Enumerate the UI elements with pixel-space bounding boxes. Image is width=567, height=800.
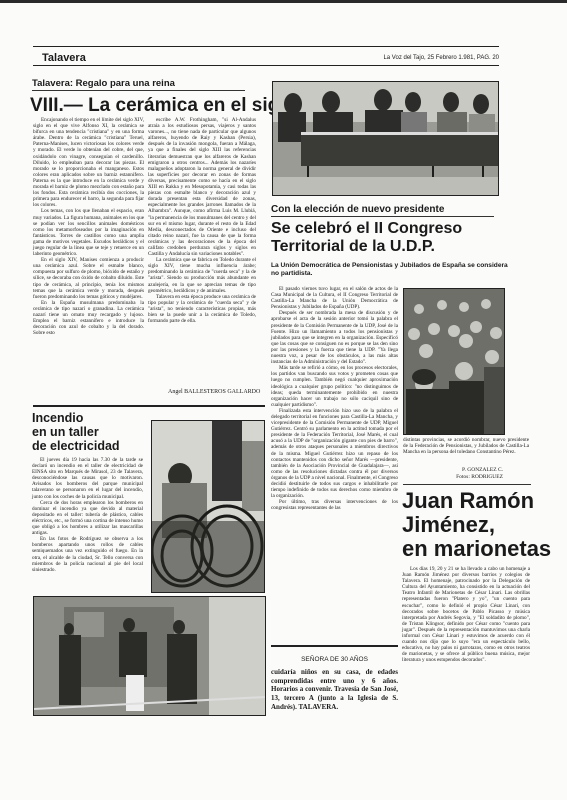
headline-line: Juan Ramón xyxy=(402,489,551,513)
dateline: La Voz del Tajo, 25 Febrero 1.981, PAG. … xyxy=(383,55,499,61)
photo-firemen-cables xyxy=(151,420,265,593)
udp-kicker: Con la elección de nuevo presidente xyxy=(271,204,444,215)
ceramica-col2: escribe A.W. Frothingham, "si Al-Andalus… xyxy=(148,117,256,324)
paragraph: Cerca de dos horas emplearon los bombero… xyxy=(32,500,143,537)
section-divider xyxy=(33,405,265,407)
paragraph: Talavera en esta época produce una cerám… xyxy=(148,294,256,324)
headline-line: en marionetas xyxy=(402,537,551,561)
photo-audience xyxy=(403,288,505,435)
header-rule-top xyxy=(33,46,499,47)
classified-text: cuidaría niños en su casa, de edades com… xyxy=(271,668,398,712)
paragraph: En la España musulmana predominaba la ce… xyxy=(33,300,144,337)
kicker-rule xyxy=(32,90,245,91)
paragraph: En las fotos de Rodríguez se observa a l… xyxy=(32,536,143,573)
ceramica-col1: Encajonando el tiempo en el límite del s… xyxy=(33,117,144,336)
section-title: Talavera xyxy=(42,52,86,64)
marionetas-headline: Juan Ramón Jiménez, en marionetas xyxy=(402,489,551,561)
paragraph: Encajonando el tiempo en el límite del s… xyxy=(33,117,144,208)
incendio-body: El jueves día 19 hacia las 7.30 de la ta… xyxy=(32,457,143,573)
paragraph: En el siglo XIV, Manises comienza a prod… xyxy=(33,257,144,300)
paragraph: Por último, tras diversas intervenciones… xyxy=(271,499,398,511)
marionetas-body: Los días 19, 20 y 21 se ha llevado a cab… xyxy=(402,566,530,664)
paragraph: Después de ser nombrada la mesa de discu… xyxy=(271,310,398,365)
udp-body: El pasado viernes tuvo lugar, en el saló… xyxy=(271,286,398,511)
headline-line: Jiménez, xyxy=(402,513,551,537)
udp-photo-credit: Fotos: RODRIGUEZ xyxy=(456,474,503,480)
incendio-headline: Incendio en un taller de electricidad xyxy=(32,411,120,453)
paragraph: Finalizada esta intervención hizo uso de… xyxy=(271,408,398,499)
headline-line: Incendio xyxy=(32,411,120,425)
paragraph: El pasado viernes tuvo lugar, en el saló… xyxy=(271,286,398,310)
column-rule xyxy=(403,484,531,485)
udp-continuation: distintas provincias, se acordió nombrar… xyxy=(403,437,529,455)
classified-title: SEÑORA DE 30 AÑOS xyxy=(271,656,398,663)
scan-top-edge xyxy=(0,0,567,3)
kicker-rule xyxy=(271,216,494,217)
paragraph: Más tarde se refirió a cómo, en los proc… xyxy=(271,365,398,408)
headline-line: en un taller xyxy=(32,425,120,439)
ceramica-byline: Angel BALLESTEROS GALLARDO xyxy=(168,389,260,395)
paragraph: La cerámica que se fabrica en Toledo dur… xyxy=(148,257,256,294)
udp-subhead: La Unión Democrática de Pensionistas y J… xyxy=(271,262,511,278)
paragraph: Los temas, con los que llenaban el espac… xyxy=(33,208,144,257)
photo-congress-panel xyxy=(272,81,499,196)
paragraph: escribe A.W. Frothingham, "si Al-Andalus… xyxy=(148,117,256,257)
photo-police-firetruck xyxy=(33,596,266,716)
ceramica-kicker: Talavera: Regalo para una reina xyxy=(32,78,175,89)
udp-headline: Se celebró el II Congreso Territorial de… xyxy=(271,220,511,256)
classified-rule xyxy=(271,645,398,647)
paragraph: Los días 19, 20 y 21 se ha llevado a cab… xyxy=(402,566,530,664)
header-rule-bottom xyxy=(33,65,499,66)
udp-byline: P. GONZALEZ C. xyxy=(462,467,503,473)
paragraph: El jueves día 19 hacia las 7.30 de la ta… xyxy=(32,457,143,500)
headline-line: de electricidad xyxy=(32,439,120,453)
